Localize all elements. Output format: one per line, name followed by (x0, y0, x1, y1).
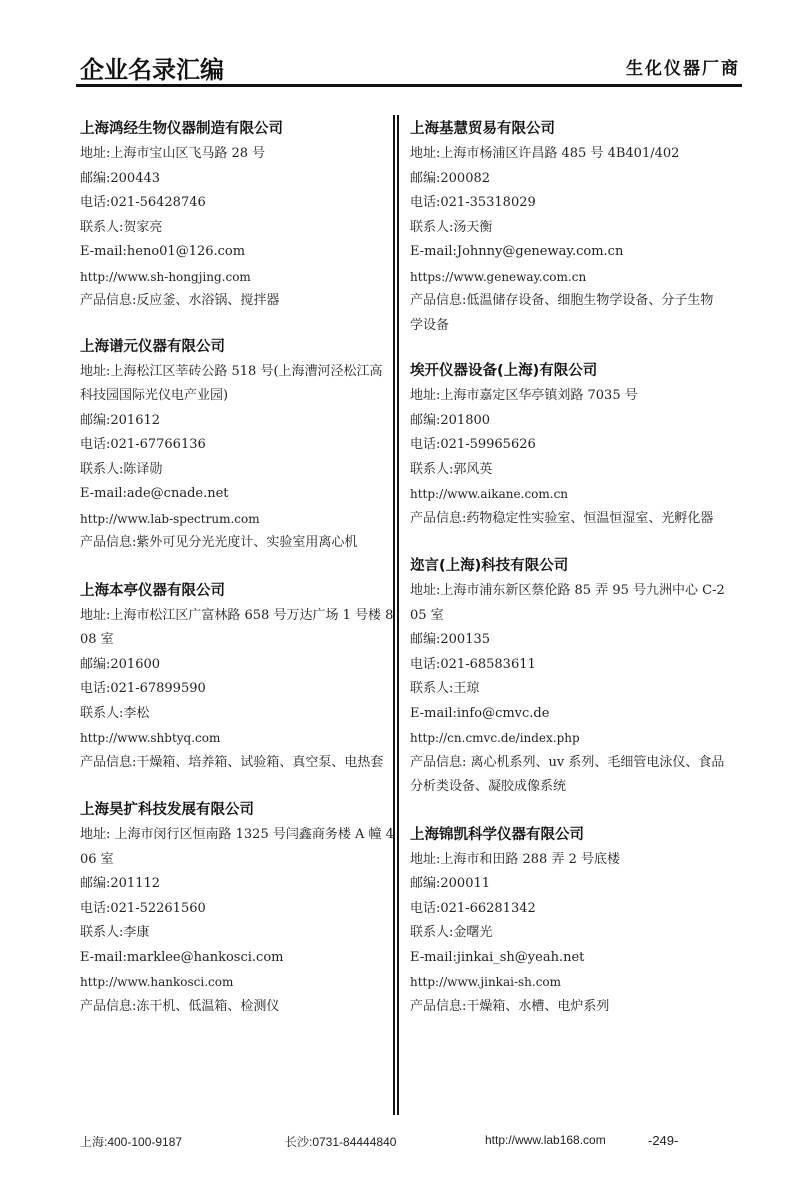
address-line: 地址:上海市松江区广富林路 658 号万达广场 1 号楼 808 室 (80, 604, 395, 653)
company-name: 上海鸿经生物仪器制造有限公司 (80, 118, 395, 140)
products-line: 产品信息:药物稳定性实验室、恒温恒湿室、光孵化器 (410, 507, 725, 532)
products-line: 产品信息: 离心机系列、uv 系列、毛细管电泳仪、食品分析类设备、凝胶成像系统 (410, 751, 725, 800)
contact-line: 联系人:李康 (80, 921, 395, 946)
address-line: 地址: 上海市闵行区恒南路 1325 号闫鑫商务楼 A 幢 406 室 (80, 823, 395, 872)
footer-changsha-phone: 长沙:0731-84444840 (285, 1133, 396, 1150)
contact-line: 联系人:汤天衡 (410, 216, 725, 241)
section-title: 生化仪器厂商 (626, 54, 740, 79)
contact-line: 联系人:李松 (80, 702, 395, 727)
website-line: http://www.lab-spectrum.com (80, 507, 395, 532)
company-entry: 上海鸿经生物仪器制造有限公司地址:上海市宝山区飞马路 28 号邮编:200443… (80, 118, 395, 314)
contact-line: 联系人:陈译勋 (80, 458, 395, 483)
contact-line: 联系人:王琼 (410, 677, 725, 702)
left-column: 上海鸿经生物仪器制造有限公司地址:上海市宝山区飞马路 28 号邮编:200443… (80, 118, 395, 1019)
email-line: E-mail:jinkai_sh@yeah.net (410, 946, 725, 971)
company-name: 上海基慧贸易有限公司 (410, 118, 725, 140)
footer-shanghai-phone: 上海:400-100-9187 (80, 1133, 182, 1150)
email-line: E-mail:ade@cnade.net (80, 482, 395, 507)
postcode-line: 邮编:200082 (410, 167, 725, 192)
company-name: 上海谱元仪器有限公司 (80, 336, 395, 358)
phone-line: 电话:021-52261560 (80, 897, 395, 922)
postcode-line: 邮编:200135 (410, 628, 725, 653)
website-line: http://www.jinkai-sh.com (410, 970, 725, 995)
address-line: 地址:上海市浦东新区蔡伦路 85 弄 95 号九洲中心 C-205 室 (410, 579, 725, 628)
email-line: E-mail:info@cmvc.de (410, 702, 725, 727)
products-line: 产品信息:干燥箱、培养箱、试验箱、真空泵、电热套 (80, 751, 395, 776)
page-title: 企业名录汇编 (80, 50, 224, 85)
products-line: 产品信息:反应釜、水浴锅、搅拌器 (80, 289, 395, 314)
website-line: http://cn.cmvc.de/index.php (410, 726, 725, 751)
email-line: E-mail:marklee@hankosci.com (80, 946, 395, 971)
address-line: 地址:上海市嘉定区华亭镇刘路 7035 号 (410, 384, 725, 409)
postcode-line: 邮编:201612 (80, 409, 395, 434)
website-line: http://www.aikane.com.cn (410, 482, 725, 507)
contact-line: 联系人:金曙光 (410, 921, 725, 946)
page-header: 企业名录汇编 生化仪器厂商 (80, 50, 740, 84)
company-name: 上海昊扩科技发展有限公司 (80, 799, 395, 821)
company-name: 迩言(上海)科技有限公司 (410, 555, 725, 577)
company-name: 埃开仪器设备(上海)有限公司 (410, 360, 725, 382)
company-entry: 上海锦凯科学仪器有限公司地址:上海市和田路 288 弄 2 号底楼邮编:2000… (410, 824, 725, 1020)
page-footer: 上海:400-100-9187 长沙:0731-84444840 http://… (80, 1133, 740, 1151)
email-line: E-mail:heno01@126.com (80, 240, 395, 265)
phone-line: 电话:021-35318029 (410, 191, 725, 216)
postcode-line: 邮编:200011 (410, 872, 725, 897)
right-column: 上海基慧贸易有限公司地址:上海市杨浦区许昌路 485 号 4B401/402邮编… (410, 118, 725, 1019)
postcode-line: 邮编:201800 (410, 409, 725, 434)
postcode-line: 邮编:201600 (80, 653, 395, 678)
postcode-line: 邮编:201112 (80, 872, 395, 897)
address-line: 地址:上海市和田路 288 弄 2 号底楼 (410, 848, 725, 873)
phone-line: 电话:021-67899590 (80, 677, 395, 702)
phone-line: 电话:021-59965626 (410, 433, 725, 458)
phone-line: 电话:021-56428746 (80, 191, 395, 216)
address-line: 地址:上海市杨浦区许昌路 485 号 4B401/402 (410, 142, 725, 167)
address-line: 地址:上海市宝山区飞马路 28 号 (80, 142, 395, 167)
phone-line: 电话:021-67766136 (80, 433, 395, 458)
company-name: 上海本亭仪器有限公司 (80, 580, 395, 602)
website-line: https://www.geneway.com.cn (410, 265, 725, 290)
contact-line: 联系人:郭风英 (410, 458, 725, 483)
phone-line: 电话:021-66281342 (410, 897, 725, 922)
page-number: -249- (648, 1133, 678, 1148)
website-line: http://www.hankosci.com (80, 970, 395, 995)
company-entry: 上海本亭仪器有限公司地址:上海市松江区广富林路 658 号万达广场 1 号楼 8… (80, 580, 395, 776)
products-line: 产品信息:干燥箱、水槽、电炉系列 (410, 995, 725, 1020)
website-line: http://www.shbtyq.com (80, 726, 395, 751)
company-name: 上海锦凯科学仪器有限公司 (410, 824, 725, 846)
postcode-line: 邮编:200443 (80, 167, 395, 192)
header-rule (76, 84, 742, 87)
company-entry: 上海谱元仪器有限公司地址:上海松江区莘砖公路 518 号(上海漕河泾松江高科技园… (80, 336, 395, 556)
products-line: 产品信息:低温储存设备、细胞生物学设备、分子生物学设备 (410, 289, 725, 338)
phone-line: 电话:021-68583611 (410, 653, 725, 678)
email-line: E-mail:Johnny@geneway.com.cn (410, 240, 725, 265)
company-entry: 迩言(上海)科技有限公司地址:上海市浦东新区蔡伦路 85 弄 95 号九洲中心 … (410, 555, 725, 800)
company-entry: 埃开仪器设备(上海)有限公司地址:上海市嘉定区华亭镇刘路 7035 号邮编:20… (410, 360, 725, 531)
footer-website: http://www.lab168.com (485, 1133, 606, 1147)
contact-line: 联系人:贺家亮 (80, 216, 395, 241)
website-line: http://www.sh-hongjing.com (80, 265, 395, 290)
company-entry: 上海昊扩科技发展有限公司地址: 上海市闵行区恒南路 1325 号闫鑫商务楼 A … (80, 799, 395, 1019)
products-line: 产品信息:冻干机、低温箱、检测仪 (80, 995, 395, 1020)
company-entry: 上海基慧贸易有限公司地址:上海市杨浦区许昌路 485 号 4B401/402邮编… (410, 118, 725, 338)
products-line: 产品信息:紫外可见分光光度计、实验室用离心机 (80, 531, 395, 556)
address-line: 地址:上海松江区莘砖公路 518 号(上海漕河泾松江高科技园国际光仪电产业园) (80, 360, 395, 409)
